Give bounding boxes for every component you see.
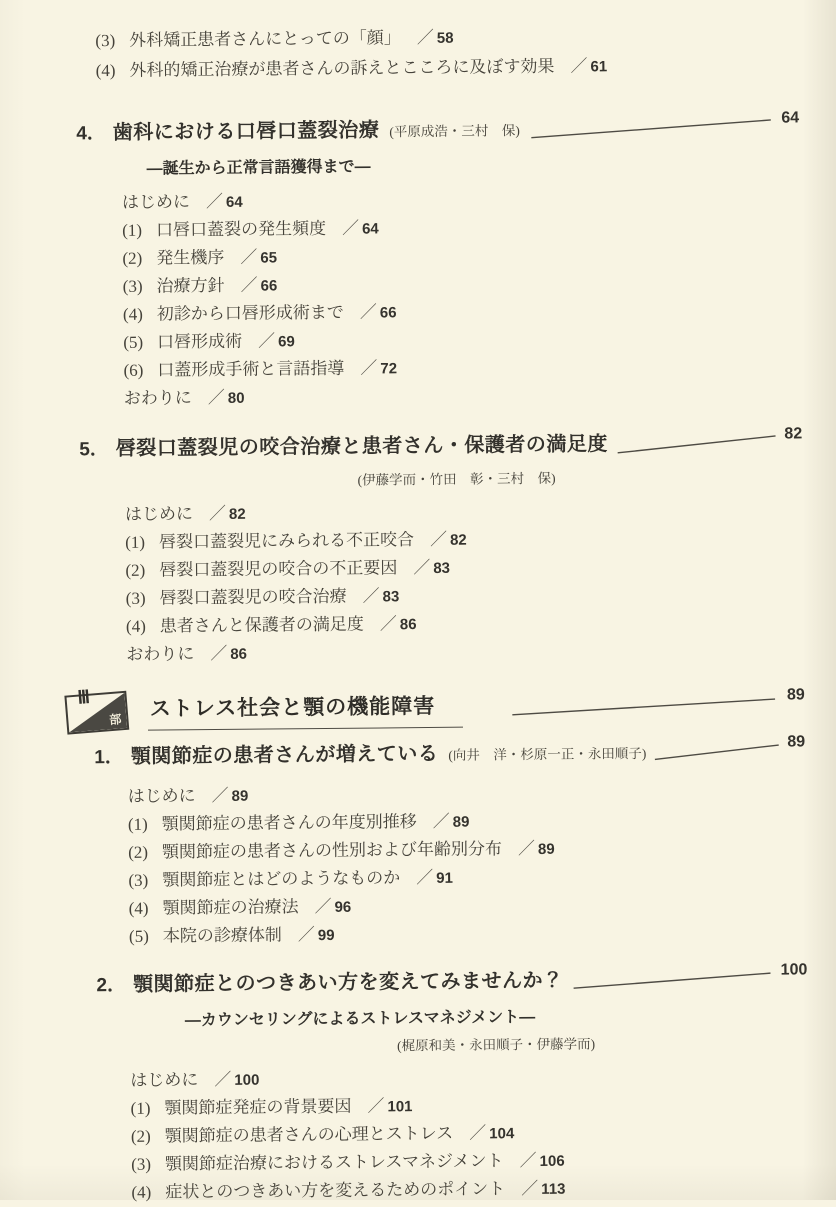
- part-3-section-1: 1． 顎関節症の患者さんが増えている (向井 洋・杉原一正・永田順子) 89 は…: [82, 733, 807, 950]
- item-page-number: 113: [541, 1181, 565, 1198]
- item-slash: ／: [519, 1146, 536, 1171]
- item-label: はじめに: [127, 781, 195, 807]
- item-slash: ／: [208, 383, 225, 408]
- item-marker: (2): [131, 1127, 151, 1147]
- part-3-title: ストレス社会と顎の機能障害: [148, 690, 464, 731]
- item-marker: (4): [96, 61, 116, 81]
- item-marker: (3): [131, 1155, 151, 1175]
- part-3-badge-bu: 部: [109, 710, 122, 728]
- item-slash: ／: [211, 781, 228, 806]
- item-label: 唇裂口蓋裂児の咬合の不正要因: [159, 553, 397, 580]
- section-authors: (平原成浩・三村 保): [389, 119, 520, 140]
- item-page-number: 64: [362, 220, 379, 237]
- item-slash: ／: [206, 187, 223, 212]
- leader-line: [652, 741, 781, 764]
- item-label: 本院の診療体制: [163, 920, 282, 946]
- item-marker: (4): [123, 305, 143, 325]
- section-1-heading: 1． 顎関節症の患者さんが増えている (向井 洋・杉原一正・永田順子) 89: [94, 733, 805, 776]
- item-marker: (1): [128, 815, 148, 835]
- item-label: 顎関節症治療におけるストレスマネジメント: [165, 1146, 504, 1174]
- item-label: 初診から口唇形成術まで: [157, 298, 344, 325]
- item-marker: (3): [126, 589, 146, 609]
- item-slash: ／: [416, 863, 433, 888]
- item-page-number: 83: [382, 588, 399, 605]
- item-marker: (4): [126, 617, 146, 637]
- item-label: 唇裂口蓋裂児の咬合治療: [159, 582, 346, 609]
- item-page-number: 100: [234, 1072, 259, 1089]
- leader-line: [507, 695, 781, 720]
- part-3-badge-roman: Ⅲ: [77, 686, 91, 708]
- item-label: 発生機序: [156, 243, 224, 269]
- item-marker: (1): [131, 1099, 151, 1119]
- item-slash: ／: [342, 214, 359, 239]
- item-slash: ／: [209, 499, 226, 524]
- leader-line: [569, 969, 774, 993]
- item-slash: ／: [413, 553, 430, 578]
- section-page-number: 82: [784, 425, 802, 443]
- item-marker: (1): [122, 221, 142, 241]
- item-slash: ／: [367, 1091, 384, 1116]
- item-slash: ／: [469, 1118, 486, 1143]
- section-4: 4． 歯科における口唇口蓋裂治療 (平原成浩・三村 保) 64 ―誕生から正常言…: [76, 109, 802, 412]
- item-page-number: 65: [260, 249, 277, 266]
- section-number: 4．: [76, 118, 106, 145]
- item-page-number: 61: [590, 58, 607, 75]
- item-page-number: 101: [387, 1098, 412, 1115]
- item-label: 患者さんと保護者の満足度: [160, 610, 364, 637]
- item-label: 顎関節症の治療法: [162, 892, 298, 918]
- item-marker: (4): [131, 1183, 151, 1200]
- item-slash: ／: [433, 807, 450, 832]
- item-marker: (3): [123, 277, 143, 297]
- item-slash: ／: [570, 51, 587, 76]
- item-slash: ／: [240, 243, 257, 268]
- item-page-number: 104: [489, 1125, 514, 1142]
- item-slash: ／: [360, 297, 377, 322]
- item-label: 外科的矯正治療が患者さんの訴えとこころに及ぼす効果: [129, 52, 554, 81]
- item-label: はじめに: [122, 187, 190, 213]
- section-title: 顎関節症とのつきあい方を変えてみませんか？: [133, 964, 564, 997]
- item-page-number: 89: [232, 788, 249, 805]
- leader-line: [526, 117, 776, 141]
- section-page-number: 100: [781, 961, 808, 979]
- part-3-section-1-items: はじめに ／ 89 (1) 顎関節症の患者さんの年度別推移 ／ 89 (2) 顎…: [127, 775, 807, 950]
- item-label: おわりに: [124, 383, 192, 409]
- leader-line: [614, 433, 779, 457]
- item-label: はじめに: [125, 499, 193, 525]
- item-page-number: 91: [436, 870, 453, 887]
- section-authors: (伊藤学而・竹田 彰・三村 保): [79, 461, 802, 494]
- item-slash: ／: [298, 920, 315, 945]
- section-page-number: 89: [787, 733, 805, 751]
- item-page-number: 89: [453, 814, 470, 831]
- item-label: 顎関節症の患者さんの性別および年齢別分布: [162, 834, 502, 862]
- item-slash: ／: [210, 639, 227, 664]
- item-slash: ／: [314, 892, 331, 917]
- item-page-number: 66: [380, 304, 397, 321]
- item-slash: ／: [240, 271, 257, 296]
- section-5: 5． 唇裂口蓋裂児の咬合治療と患者さん・保護者の満足度 82 (伊藤学而・竹田 …: [79, 425, 804, 668]
- item-slash: ／: [430, 525, 447, 550]
- item-page-number: 106: [540, 1153, 565, 1170]
- item-label: 治療方針: [156, 271, 224, 297]
- item-page-number: 82: [450, 532, 467, 549]
- section-number: 5．: [79, 434, 109, 461]
- item-label: 顎関節症発症の背景要因: [164, 1092, 351, 1119]
- item-marker: (2): [128, 843, 148, 863]
- item-slash: ／: [360, 353, 377, 378]
- prelude-items: (3) 外科矯正患者さんにとっての「顔」 ／ 58 (4) 外科的矯正治療が患者…: [95, 19, 799, 86]
- item-label: はじめに: [130, 1065, 198, 1091]
- item-label: 顎関節症の患者さんの心理とストレス: [165, 1119, 454, 1147]
- item-page-number: 86: [230, 646, 247, 663]
- item-label: おわりに: [126, 639, 194, 665]
- section-title: 歯科における口唇口蓋裂治療: [113, 113, 380, 145]
- item-page-number: 89: [538, 841, 555, 858]
- item-slash: ／: [362, 581, 379, 606]
- part-3-header: Ⅲ 部 ストレス社会と顎の機能障害 89: [82, 681, 805, 736]
- item-slash: ／: [518, 834, 535, 859]
- section-page-number: 64: [781, 109, 799, 127]
- item-page-number: 69: [278, 333, 295, 350]
- item-label: 外科矯正患者さんにとっての「顔」: [129, 23, 401, 51]
- item-marker: (5): [123, 333, 143, 353]
- item-label: 顎関節症とはどのようなものか: [162, 863, 400, 890]
- item-label: 口唇口蓋裂の発生頻度: [156, 214, 326, 241]
- item-marker: (2): [122, 249, 142, 269]
- item-marker: (5): [129, 927, 149, 947]
- item-page-number: 80: [228, 390, 245, 407]
- item-label: 口蓋形成手術と言語指導: [157, 354, 344, 381]
- item-page-number: 99: [318, 927, 335, 944]
- item-slash: ／: [417, 23, 434, 48]
- item-page-number: 64: [226, 194, 243, 211]
- item-label: 顎関節症の患者さんの年度別推移: [162, 807, 417, 834]
- item-label: 唇裂口蓋裂児にみられる不正咬合: [159, 525, 414, 552]
- part-3-badge: Ⅲ 部: [64, 690, 129, 734]
- section-5-items: はじめに ／ 82 (1) 唇裂口蓋裂児にみられる不正咬合 ／ 82 (2) 唇…: [125, 493, 805, 668]
- section-authors: (梶原和美・永田順子・伊藤学而): [85, 1027, 808, 1060]
- section-authors: (向井 洋・杉原一正・永田順子): [448, 742, 646, 764]
- section-number: 1．: [94, 742, 124, 769]
- item-marker: (4): [129, 899, 149, 919]
- item-marker: (6): [123, 361, 143, 381]
- item-page-number: 86: [400, 616, 417, 633]
- item-slash: ／: [521, 1174, 538, 1199]
- item-marker: (2): [125, 561, 145, 581]
- item-page-number: 83: [433, 560, 450, 577]
- item-marker: (3): [128, 871, 148, 891]
- toc-page: (3) 外科矯正患者さんにとっての「顔」 ／ 58 (4) 外科的矯正治療が患者…: [0, 0, 836, 1200]
- item-slash: ／: [258, 326, 275, 351]
- section-title: 唇裂口蓋裂児の咬合治療と患者さん・保護者の満足度: [116, 427, 608, 461]
- part-3-section-2-items: はじめに ／ 100 (1) 顎関節症発症の背景要因 ／ 101 (2) 顎関節…: [130, 1059, 809, 1200]
- part-page-number: 89: [787, 686, 805, 704]
- item-page-number: 58: [437, 30, 454, 47]
- item-slash: ／: [214, 1065, 231, 1090]
- section-title: 顎関節症の患者さんが増えている: [131, 737, 439, 769]
- item-page-number: 66: [260, 277, 277, 294]
- toc-item: (5) 本院の診療体制 ／ 99: [129, 915, 807, 950]
- item-slash: ／: [380, 609, 397, 634]
- section-number: 2．: [96, 970, 126, 997]
- section-4-items: はじめに ／ 64 (1) 口唇口蓋裂の発生頻度 ／ 64 (2) 発生機序 ／…: [122, 181, 802, 411]
- toc-item: (4) 外科的矯正治療が患者さんの訴えとこころに及ぼす効果 ／ 61: [96, 49, 799, 86]
- item-page-number: 82: [229, 506, 246, 523]
- item-label: 口唇形成術: [157, 327, 242, 353]
- item-label: 症状とのつきあい方を変えるためのポイント: [165, 1174, 505, 1200]
- item-page-number: 96: [334, 899, 351, 916]
- part-3-section-2: 2． 顎関節症とのつきあい方を変えてみませんか？ 100 ―カウンセリングによる…: [84, 961, 809, 1200]
- item-page-number: 72: [380, 360, 397, 377]
- item-marker: (3): [95, 31, 115, 51]
- section-subtitle: ―誕生から正常言語獲得まで―: [146, 145, 799, 181]
- toc-item: おわりに ／ 80: [124, 377, 802, 412]
- item-marker: (1): [125, 533, 145, 553]
- toc-item: おわりに ／ 86: [126, 633, 804, 668]
